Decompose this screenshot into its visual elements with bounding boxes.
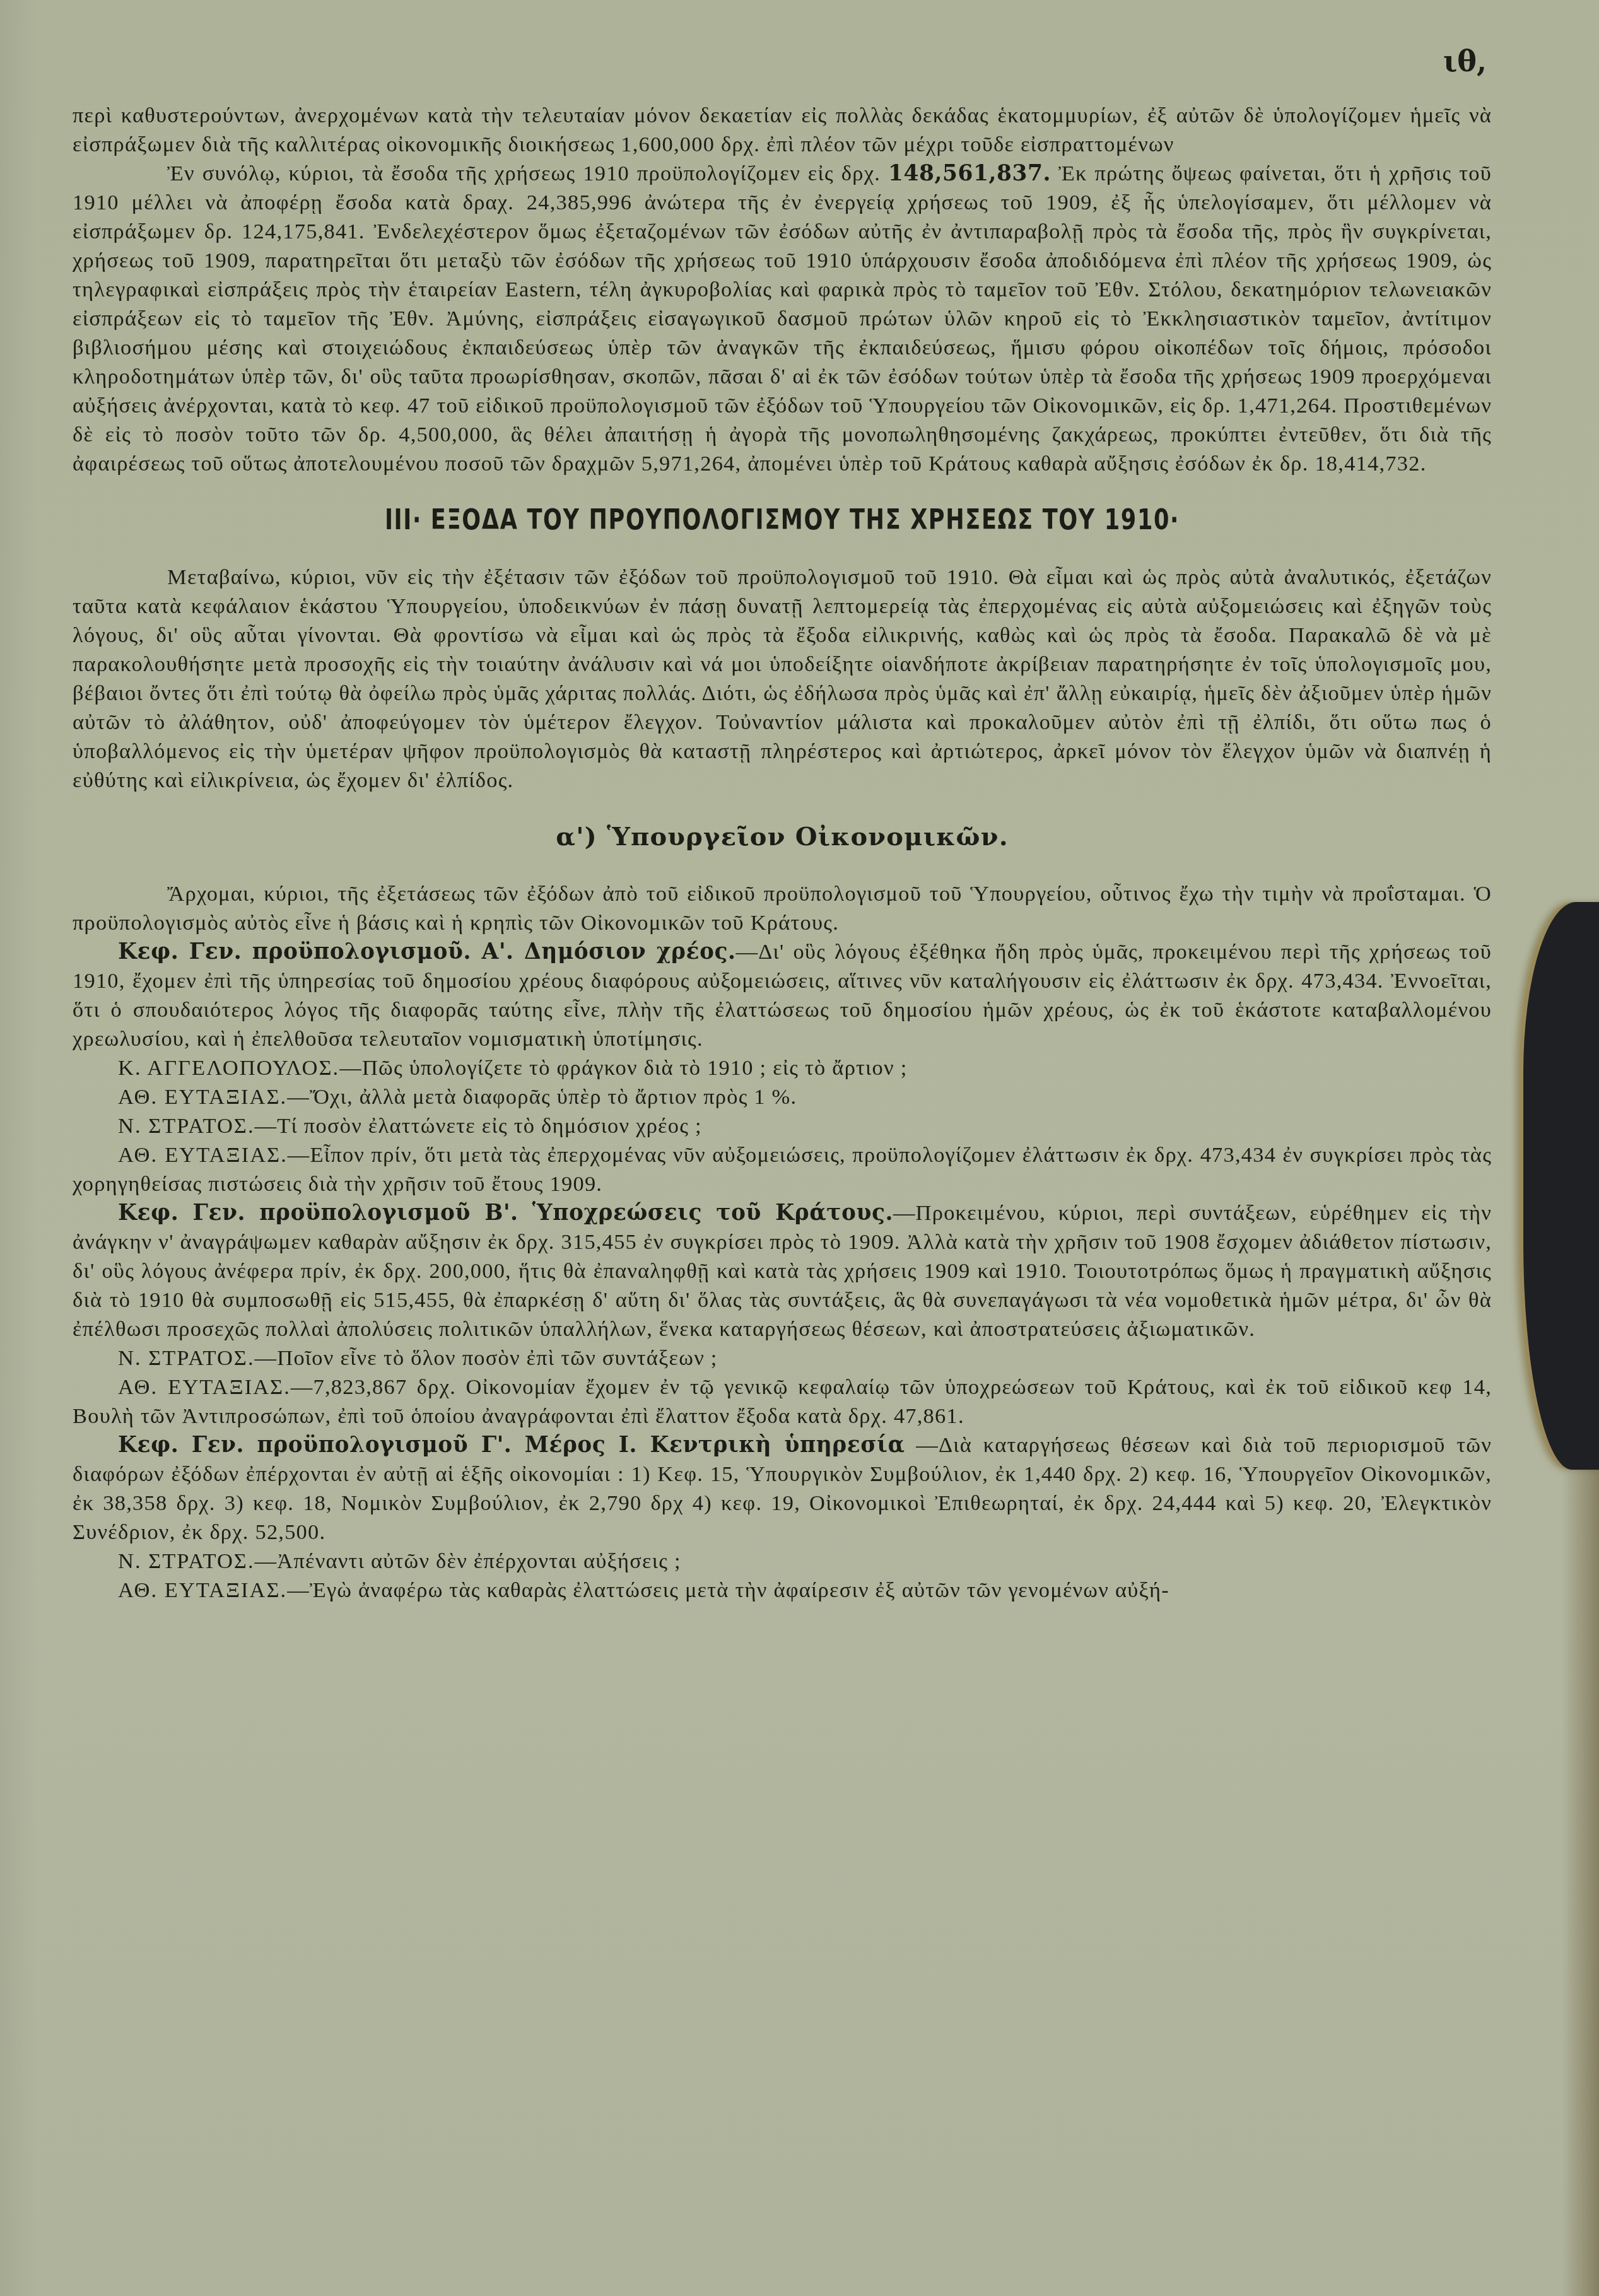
chapter-g-heading: Κεφ. Γεν. προϋπολογισμοῦ Γ'. Μέρος Ι. Κε… xyxy=(118,1432,905,1458)
speech-text: —Τί ποσὸν ἐλαττώνετε εἰς τὸ δημόσιον χρέ… xyxy=(255,1114,702,1138)
scanned-page: ιθ, περὶ καθυστερούντων, ἀνερχομένων κατ… xyxy=(0,0,1599,2296)
section-heading-expenses: III· ΕΞΟΔΑ ΤΟΥ ΠΡΟΥΠΟΛΟΓΙΣΜΟΥ ΤΗΣ ΧΡΗΣΕΩ… xyxy=(214,506,1350,535)
dialogue-line: Ν. ΣΤΡΑΤΟΣ.—Ἀπέναντι αὐτῶν δὲν ἐπέρχοντα… xyxy=(73,1547,1492,1576)
torn-edge-backing xyxy=(1523,902,1599,1470)
chapter-g-paragraph: Κεφ. Γεν. προϋπολογισμοῦ Γ'. Μέρος Ι. Κε… xyxy=(73,1431,1492,1547)
intro-p2-rest: Ἐκ πρώτης ὄψεως φαίνεται, ὅτι ἡ χρῆσις τ… xyxy=(73,161,1492,476)
speaker-name: Ν. ΣΤΡΑΤΟΣ. xyxy=(118,1549,255,1573)
intro-paragraph-1: περὶ καθυστερούντων, ἀνερχομένων κατὰ τὴ… xyxy=(73,101,1492,159)
chapter-b-heading: Κεφ. Γεν. προϋπολογισμοῦ Β'. Ὑποχρεώσεις… xyxy=(118,1200,893,1226)
chapter-a-heading: Κεφ. Γεν. προϋπολογισμοῦ. Α'. Δημόσιον χ… xyxy=(118,939,736,964)
dialogue-block-3: Ν. ΣΤΡΑΤΟΣ.—Ἀπέναντι αὐτῶν δὲν ἐπέρχοντα… xyxy=(73,1547,1492,1605)
dialogue-line: Ν. ΣΤΡΑΤΟΣ.—Ποῖον εἶνε τὸ ὅλον ποσὸν ἐπὶ… xyxy=(73,1344,1492,1373)
intro-paragraph-2: Ἐν συνόλῳ, κύριοι, τὰ ἔσοδα τῆς χρήσεως … xyxy=(73,159,1492,478)
speaker-name: ΑΘ. ΕΥΤΑΞΙΑΣ. xyxy=(118,1085,287,1109)
speaker-name: Ν. ΣΤΡΑΤΟΣ. xyxy=(118,1346,255,1370)
speech-text: —Ὄχι, ἀλλὰ μετὰ διαφορᾶς ὑπὲρ τὸ ἄρτιον … xyxy=(287,1085,797,1109)
dialogue-line: ΑΘ. ΕΥΤΑΞΙΑΣ.—Ὄχι, ἀλλὰ μετὰ διαφορᾶς ὑπ… xyxy=(73,1082,1492,1111)
dialogue-line: ΑΘ. ΕΥΤΑΞΙΑΣ.—Ἐγὼ ἀναφέρω τὰς καθαρὰς ἐλ… xyxy=(73,1576,1492,1605)
speaker-name: ΑΘ. ΕΥΤΑΞΙΑΣ. xyxy=(118,1143,288,1167)
dialogue-block-2: Ν. ΣΤΡΑΤΟΣ.—Ποῖον εἶνε τὸ ὅλον ποσὸν ἐπὶ… xyxy=(73,1344,1492,1431)
subsection-intro-paragraph: Ἄρχομαι, κύριοι, τῆς ἐξετάσεως τῶν ἐξόδω… xyxy=(73,879,1492,937)
page-number: ιθ, xyxy=(1443,44,1487,78)
speech-text: —Πῶς ὑπολογίζετε τὸ φράγκον διὰ τὸ 1910 … xyxy=(339,1056,907,1080)
section3-paragraph: Μεταβαίνω, κύριοι, νῦν εἰς τὴν ἐξέτασιν … xyxy=(73,563,1492,795)
speech-text: —Ποῖον εἶνε τὸ ὅλον ποσὸν ἐπὶ τῶν συντάξ… xyxy=(255,1346,718,1370)
speaker-name: Κ. ΑΓΓΕΛΟΠΟΥΛΟΣ. xyxy=(118,1056,339,1080)
intro-p2-start: Ἐν συνόλῳ, κύριοι, τὰ ἔσοδα τῆς χρήσεως … xyxy=(167,161,881,185)
revenue-total: 148,561,837. xyxy=(888,161,1051,186)
body-text: περὶ καθυστερούντων, ἀνερχομένων κατὰ τὴ… xyxy=(73,101,1492,1605)
edge-stain xyxy=(1561,1470,1599,2296)
speaker-name: ΑΘ. ΕΥΤΑΞΙΑΣ. xyxy=(118,1578,287,1602)
speaker-name: Ν. ΣΤΡΑΤΟΣ. xyxy=(118,1114,255,1138)
speech-text: —Ἐγὼ ἀναφέρω τὰς καθαρὰς ἐλαττώσεις μετὰ… xyxy=(287,1578,1169,1602)
chapter-b-paragraph: Κεφ. Γεν. προϋπολογισμοῦ Β'. Ὑποχρεώσεις… xyxy=(73,1198,1492,1344)
dialogue-line: Ν. ΣΤΡΑΤΟΣ.—Τί ποσὸν ἐλαττώνετε εἰς τὸ δ… xyxy=(73,1111,1492,1140)
speaker-name: ΑΘ. ΕΥΤΑΞΙΑΣ. xyxy=(118,1375,291,1399)
subsection-heading-finance-ministry: α') Ὑπουργεῖον Οἰκονομικῶν. xyxy=(73,823,1492,852)
dialogue-line: Κ. ΑΓΓΕΛΟΠΟΥΛΟΣ.—Πῶς ὑπολογίζετε τὸ φράγ… xyxy=(73,1053,1492,1082)
dialogue-line: ΑΘ. ΕΥΤΑΞΙΑΣ.—7,823,867 δρχ. Οἰκονομίαν … xyxy=(73,1373,1492,1431)
dialogue-block-1: Κ. ΑΓΓΕΛΟΠΟΥΛΟΣ.—Πῶς ὑπολογίζετε τὸ φράγ… xyxy=(73,1053,1492,1198)
dialogue-line: ΑΘ. ΕΥΤΑΞΙΑΣ.—Εἶπον πρίν, ὅτι μετὰ τὰς ἐ… xyxy=(73,1140,1492,1198)
speech-text: —Ἀπέναντι αὐτῶν δὲν ἐπέρχονται αὐξήσεις … xyxy=(255,1549,681,1573)
chapter-a-paragraph: Κεφ. Γεν. προϋπολογισμοῦ. Α'. Δημόσιον χ… xyxy=(73,937,1492,1053)
